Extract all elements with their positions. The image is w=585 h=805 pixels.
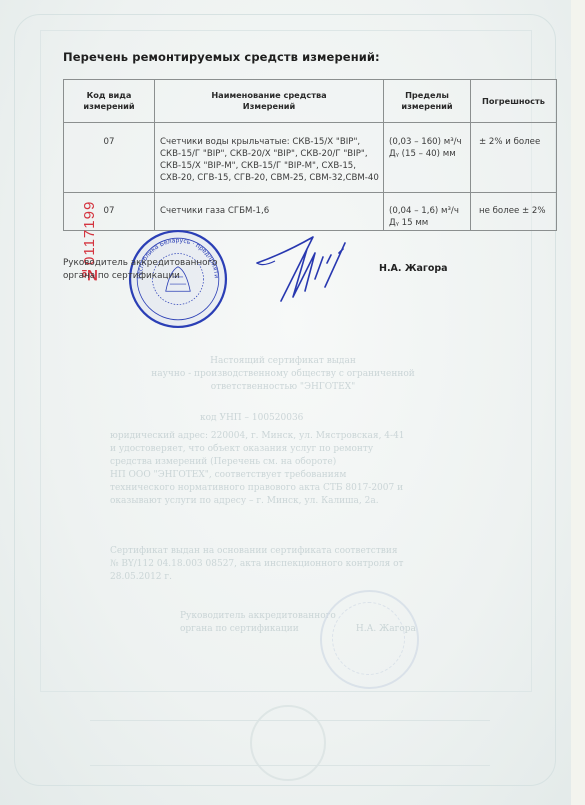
header-code: Код вида измерений	[64, 80, 155, 123]
table-row: 07 Счетчики воды крыльчатые: СКВ-15/Х "В…	[64, 123, 557, 193]
cell-name: Счетчики газа СГБМ-1,6	[155, 193, 384, 231]
ghost-issued-text: Настоящий сертификат выдан научно - прои…	[118, 355, 448, 394]
cell-code: 07	[64, 193, 155, 231]
cell-range: (0,04 – 1,6) м³/ч Дᵧ 15 мм	[384, 193, 471, 231]
cell-name: Счетчики воды крыльчатые: СКВ-15/Х "ВIР"…	[155, 123, 384, 193]
cell-error: ± 2% и более	[471, 123, 557, 193]
ghost-seal-icon	[320, 590, 419, 689]
ghost-rosette-icon	[250, 705, 326, 781]
header-range: Пределы измерений	[384, 80, 471, 123]
serial-value: 0117199	[81, 201, 98, 265]
cell-error: не более ± 2%	[471, 193, 557, 231]
instruments-table: Код вида измерений Наименование средства…	[63, 79, 557, 231]
cell-range: (0,03 – 160) м³/ч Дᵧ (15 – 40) мм	[384, 123, 471, 193]
ghost-band-line	[90, 765, 490, 766]
ghost-band-line	[90, 720, 490, 721]
header-error: Погрешность	[471, 80, 557, 123]
table-header-row: Код вида измерений Наименование средства…	[64, 80, 557, 123]
ghost-code-line: код УНП – 100520036	[200, 412, 303, 425]
ghost-basis-text: Сертификат выдан на основании сертификат…	[110, 545, 404, 584]
page-edge	[571, 0, 585, 805]
ghost-body-text: юридический адрес: 220004, г. Минск, ул.…	[110, 430, 440, 508]
list-title: Перечень ремонтируемых средств измерений…	[63, 50, 380, 64]
signatory-name: Н.А. Жагора	[379, 263, 448, 274]
cell-code: 07	[64, 123, 155, 193]
handwritten-signature-icon	[255, 235, 370, 305]
table-row: 07 Счетчики газа СГБМ-1,6 (0,04 – 1,6) м…	[64, 193, 557, 231]
header-name: Наименование средства Измерений	[155, 80, 384, 123]
signatory-role: Руководитель аккредитованного органа по …	[63, 257, 218, 283]
